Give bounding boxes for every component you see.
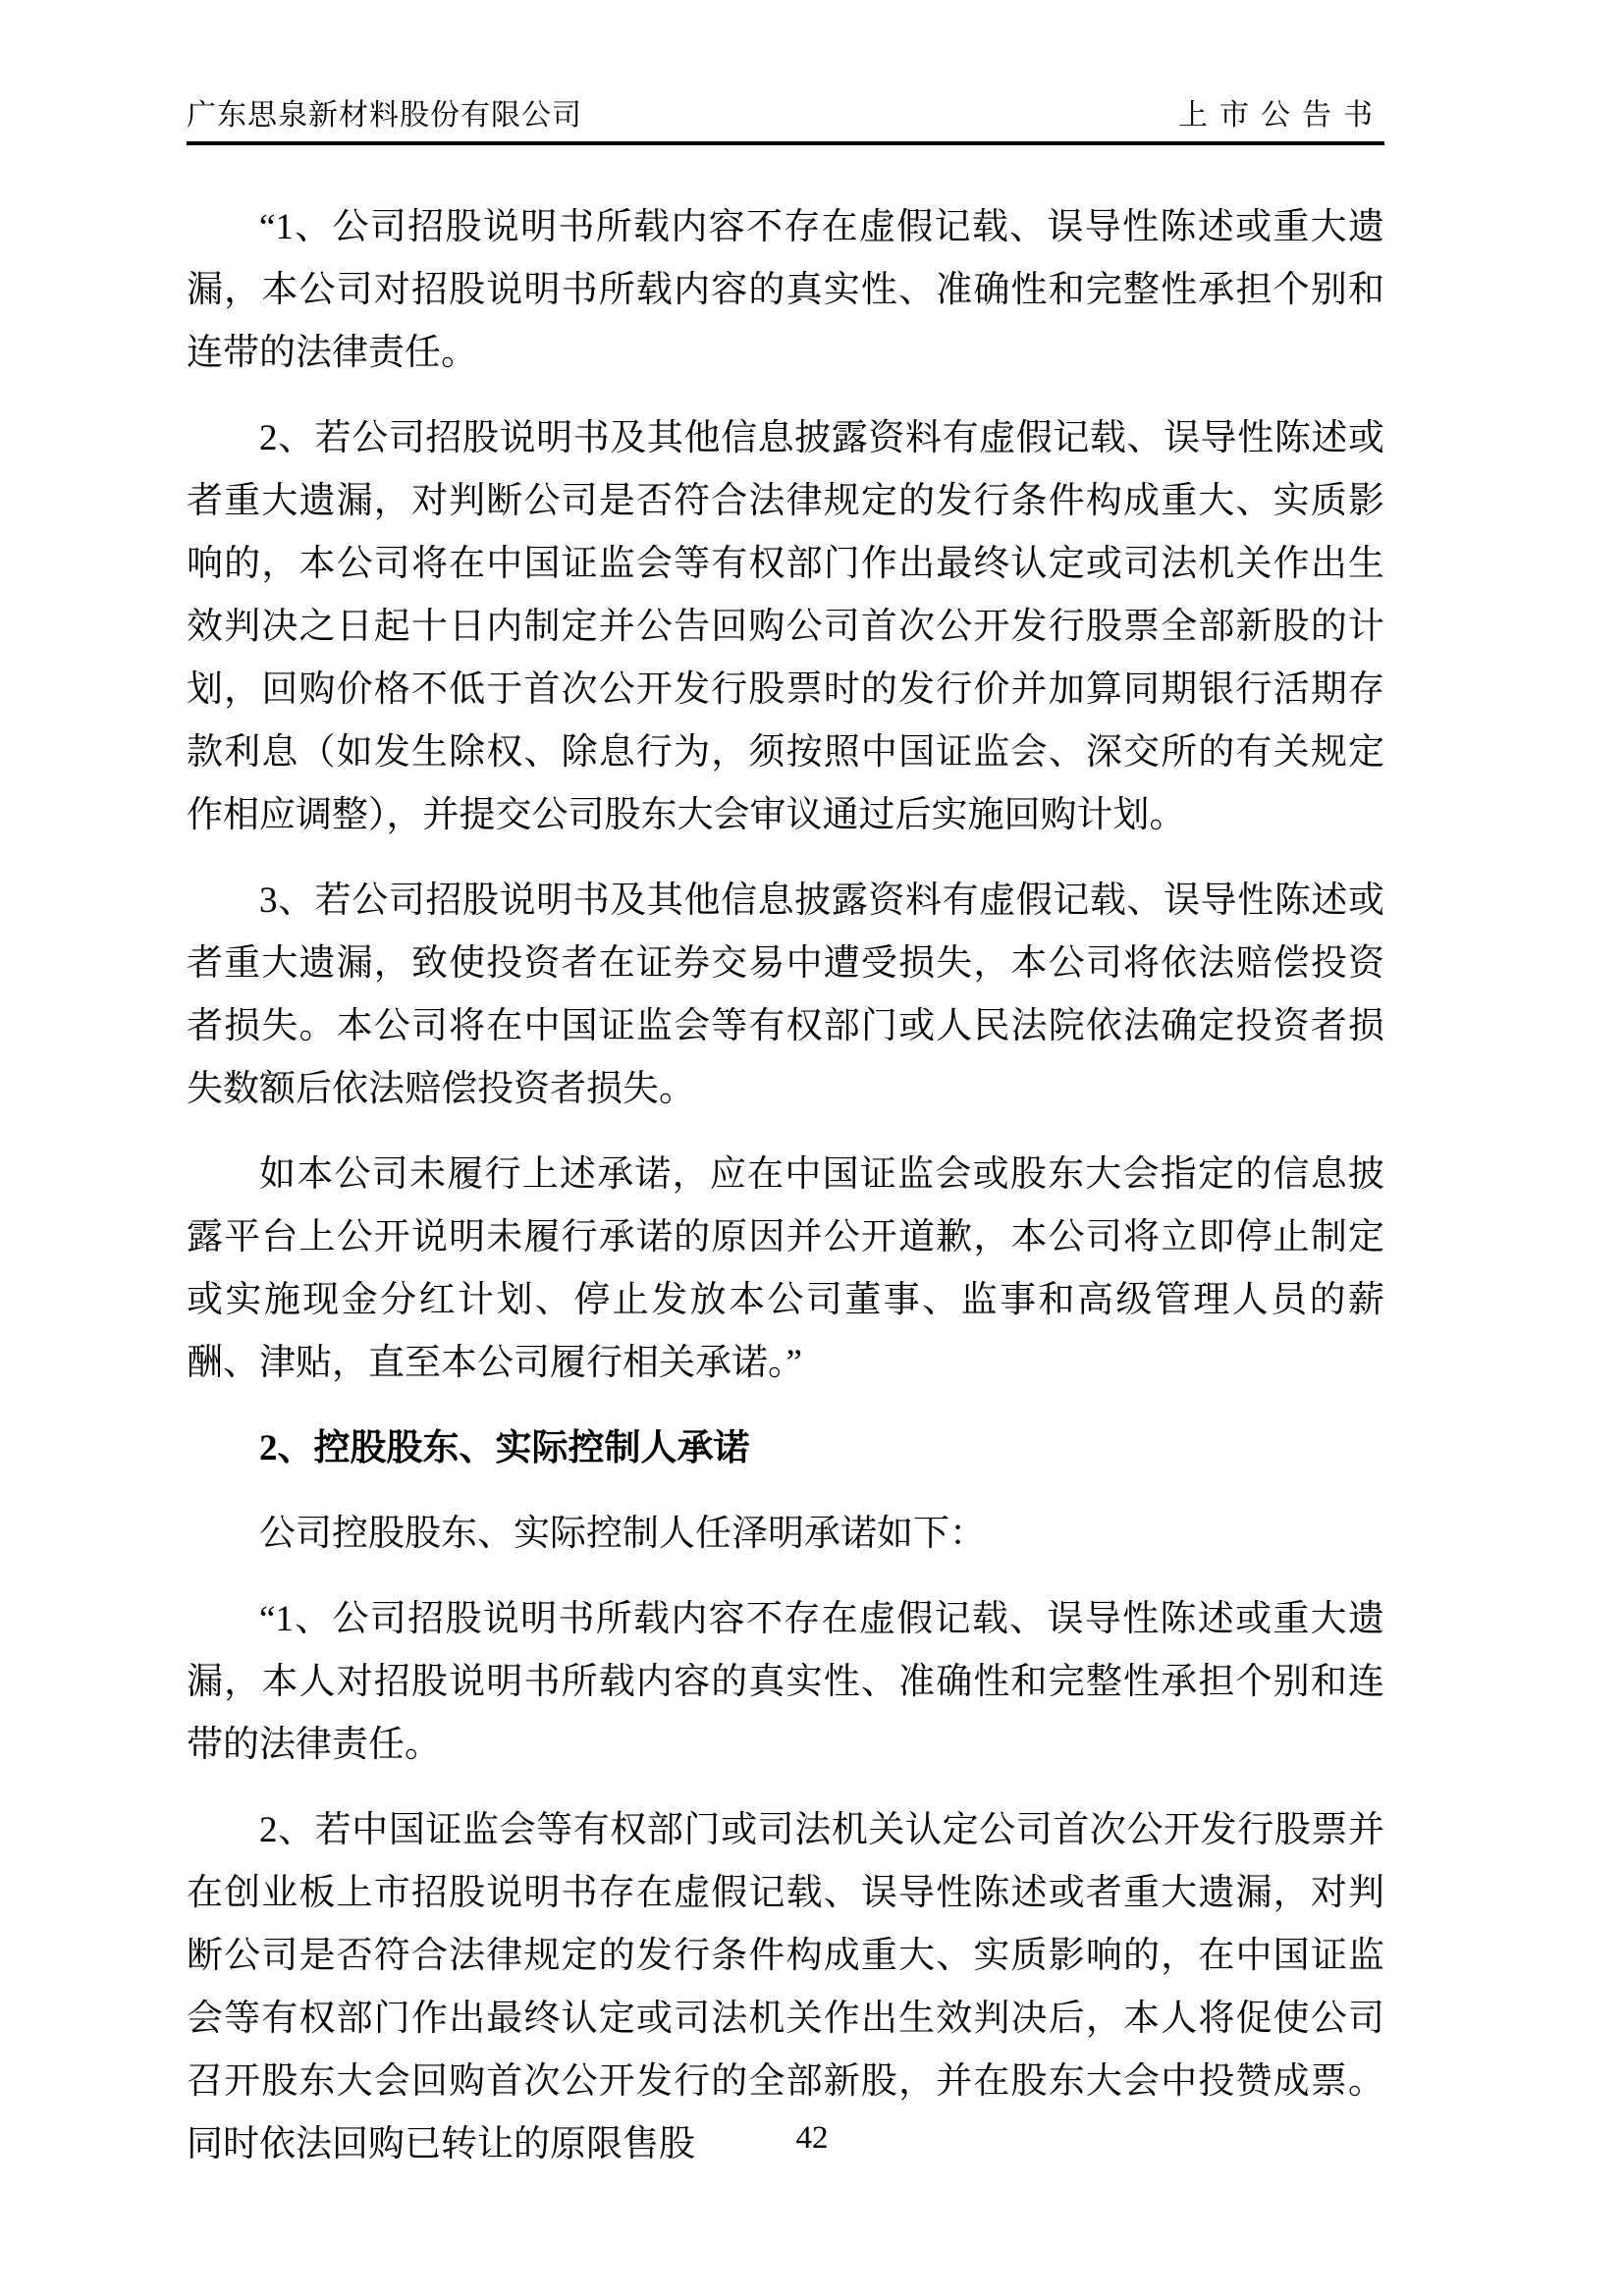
document-page: 广东思泉新材料股份有限公司 上市公告书 “1、公司招股说明书所载内容不存在虚假记…: [0, 0, 1624, 2296]
section-heading: 2、控股股东、实际控制人承诺: [187, 1417, 1384, 1480]
page-header: 广东思泉新材料股份有限公司 上市公告书: [187, 96, 1384, 145]
paragraph: 2、若公司招股说明书及其他信息披露资料有虚假记载、误导性陈述或者重大遗漏，对判断…: [187, 407, 1384, 847]
paragraph: 公司控股股东、实际控制人任泽明承诺如下：: [187, 1503, 1384, 1566]
header-doc-title: 上市公告书: [1178, 96, 1384, 135]
paragraph: 3、若公司招股说明书及其他信息披露资料有虚假记载、误导性陈述或者重大遗漏，致使投…: [187, 870, 1384, 1121]
paragraph: 如本公司未履行上述承诺，应在中国证监会或股东大会指定的信息披露平台上公开说明未履…: [187, 1144, 1384, 1395]
page-footer: 42: [0, 2120, 1624, 2157]
document-body: “1、公司招股说明书所载内容不存在虚假记载、误导性陈述或重大遗漏，本公司对招股说…: [187, 196, 1384, 2199]
header-company-name: 广东思泉新材料股份有限公司: [187, 96, 582, 135]
paragraph: “1、公司招股说明书所载内容不存在虚假记载、误导性陈述或重大遗漏，本公司对招股说…: [187, 196, 1384, 385]
paragraph: “1、公司招股说明书所载内容不存在虚假记载、误导性陈述或重大遗漏，本人对招股说明…: [187, 1588, 1384, 1777]
page-number: 42: [796, 2120, 829, 2156]
